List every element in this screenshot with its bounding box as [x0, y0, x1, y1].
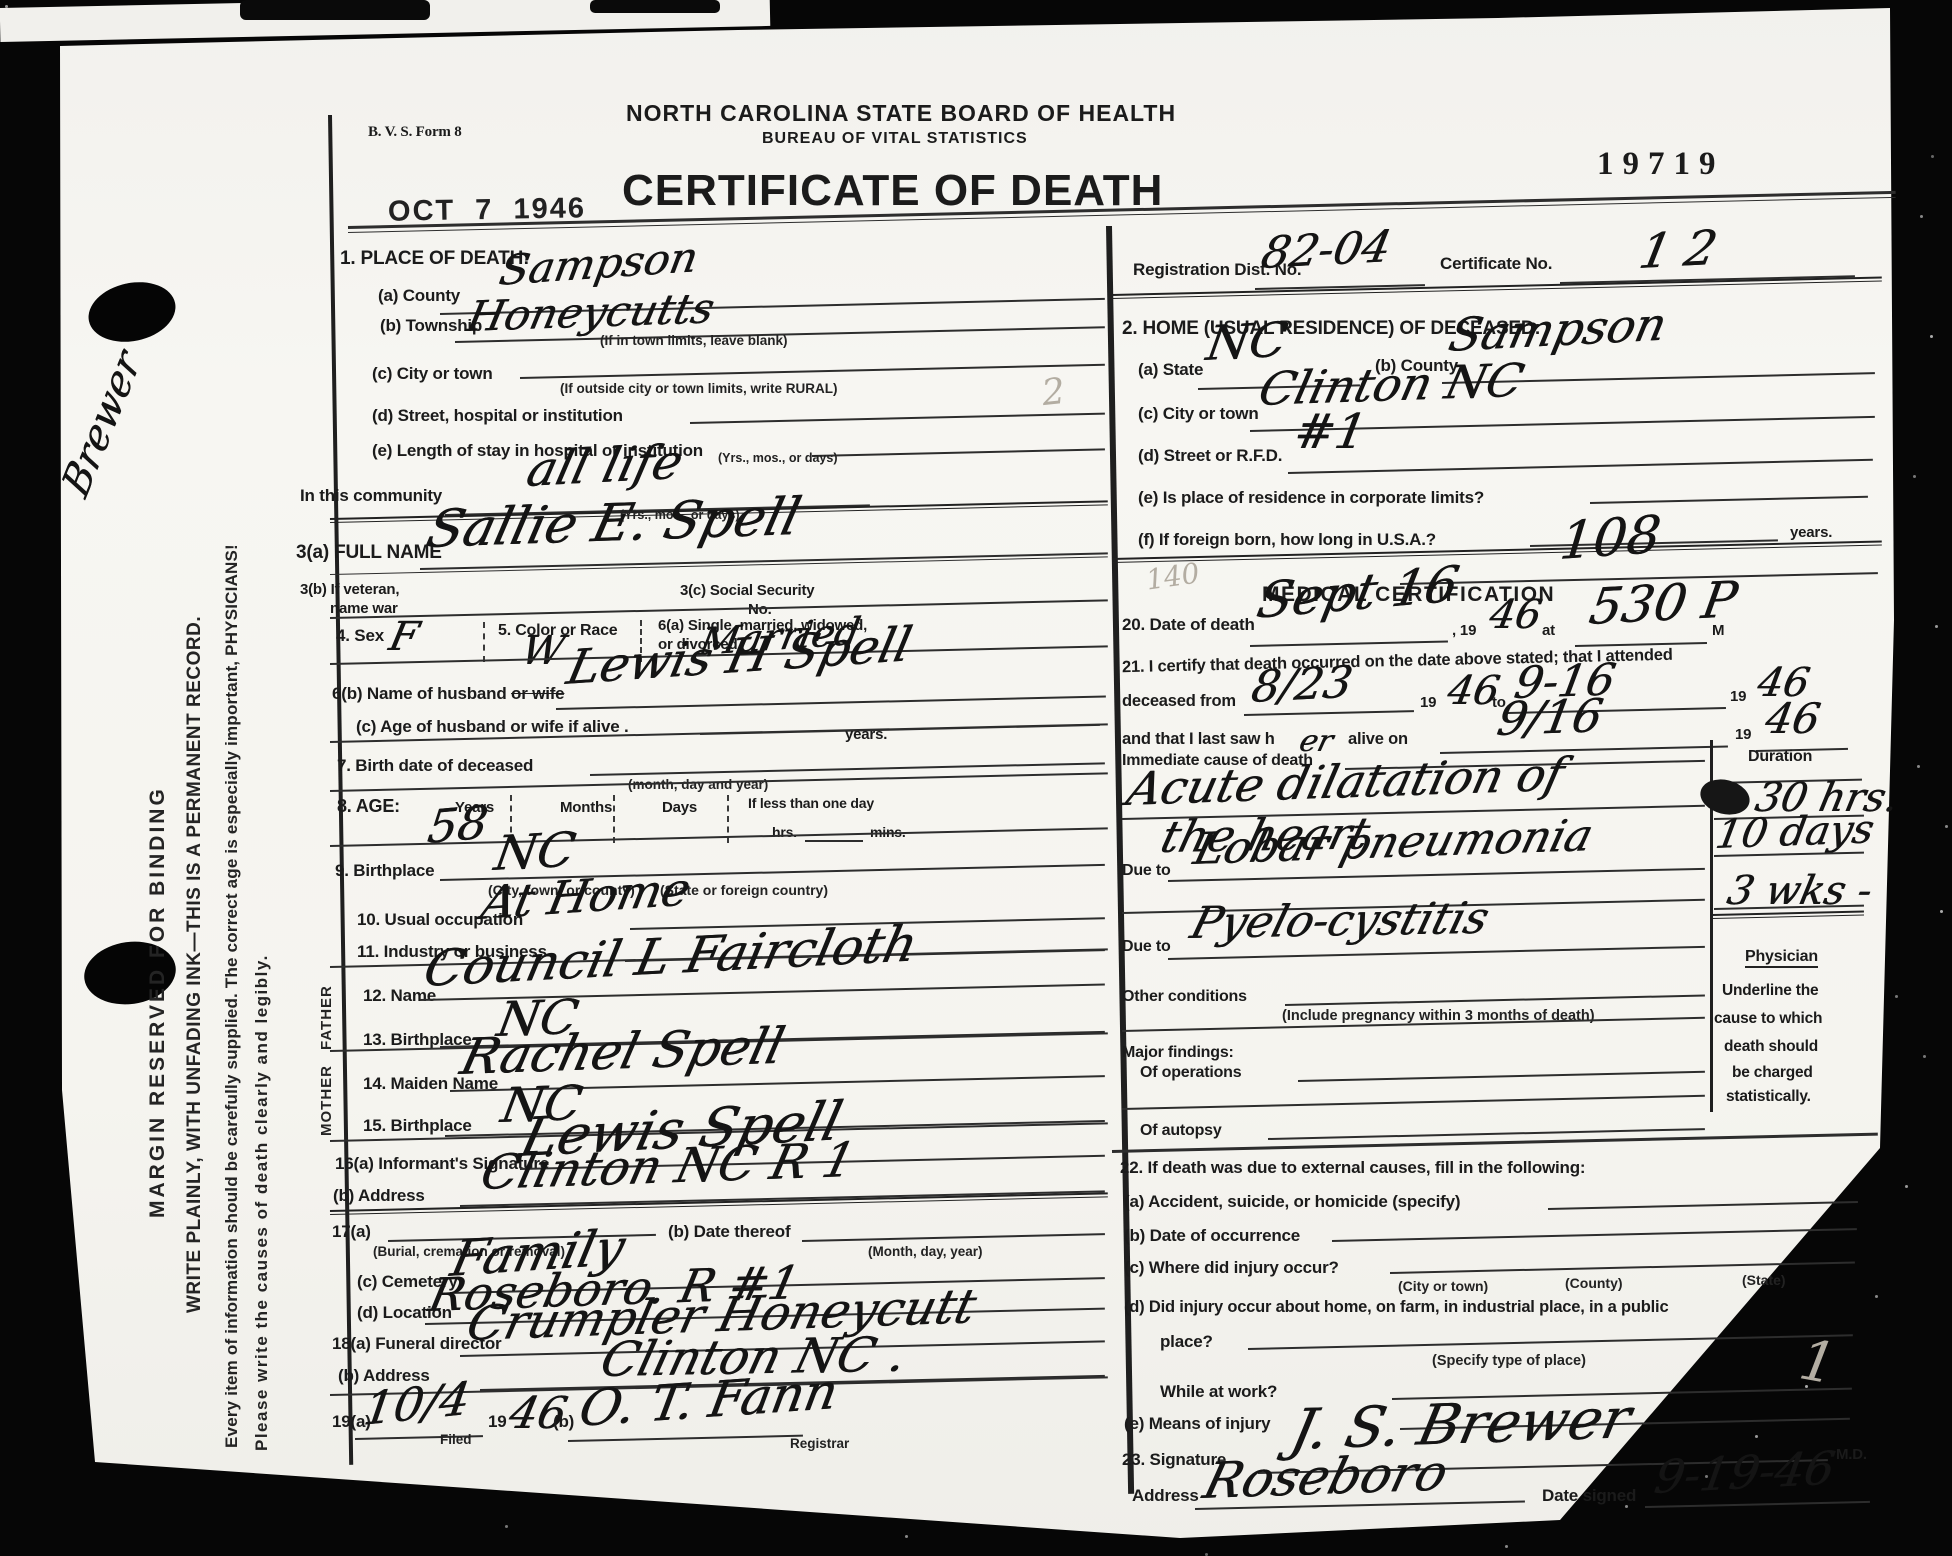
date-signed-label: Date signed: [1542, 1486, 1636, 1506]
registration-district-handwritten: 82-04: [1257, 221, 1395, 279]
bureau-subtitle: BUREAU OF VITAL STATISTICS: [762, 130, 1028, 148]
date-signed-handwritten: 9-19-46: [1651, 1441, 1839, 1504]
burial-label: 17(a): [332, 1222, 371, 1242]
corporate-limits-label: (e) Is place of residence in corporate l…: [1138, 488, 1484, 508]
md-suffix: M.D.: [1836, 1446, 1867, 1463]
last-saw-pre: and that I last saw h: [1122, 730, 1275, 749]
margin-physicians-note: Every item of information should be care…: [222, 148, 242, 1448]
filed-caption: Filed: [440, 1432, 472, 1447]
home-state-label: (a) State: [1138, 360, 1203, 380]
injury-place-label2: place?: [1160, 1332, 1213, 1352]
physician-heading: Physician: [1745, 948, 1818, 968]
birthdate-label: 7. Birth date of deceased: [337, 756, 533, 776]
age-heading: 8. AGE:: [337, 796, 400, 817]
injury-county-note: (County): [1565, 1275, 1623, 1291]
mother-birthplace-label: 15. Birthplace: [363, 1116, 472, 1136]
dod-year-print: , 19: [1452, 622, 1476, 639]
filed-b-label: (b): [553, 1412, 574, 1432]
street-label: (d) Street, hospital or institution: [372, 406, 623, 426]
foreign-born-suffix: years.: [1790, 524, 1832, 541]
mother-side-label: MOTHER: [318, 1052, 335, 1136]
to-year-print: 19: [1730, 688, 1746, 705]
veteran-label2: name war: [330, 600, 398, 617]
due-1-duration-handwritten: 10 days: [1712, 807, 1877, 858]
cell-divider: [613, 795, 615, 843]
home-street-label: (d) Street or R.F.D.: [1138, 446, 1282, 466]
physician-note-1: Underline the: [1722, 982, 1818, 1000]
injury-where-label: (c) Where did injury occur?: [1124, 1258, 1339, 1278]
due-to-2-handwritten: Pyelo-cystitis: [1185, 893, 1494, 949]
external-causes-heading: 22. If death was due to external causes,…: [1120, 1158, 1585, 1178]
cell-divider: [483, 622, 485, 662]
community-label: In this community: [300, 486, 442, 506]
burial-date-label: (b) Date thereof: [668, 1222, 790, 1242]
physician-note-3: death should: [1724, 1038, 1818, 1056]
dod-year-handwritten: 46: [1486, 592, 1545, 638]
age-months-label: Months: [560, 799, 612, 816]
physician-address-handwritten: Roseboro: [1198, 1444, 1454, 1510]
community-value-handwritten: all life: [521, 434, 688, 498]
injury-city-note: (City or town): [1398, 1278, 1488, 1294]
due-to-2-label: Due to: [1122, 938, 1171, 956]
informant-address-label: (b) Address: [333, 1186, 425, 1206]
other-conditions-label: Other conditions: [1122, 988, 1247, 1006]
injury-state-note: (State): [1742, 1272, 1786, 1288]
father-side-label: FATHER: [318, 966, 335, 1050]
serial-number: 19719: [1597, 146, 1725, 183]
certificate-number-label: Certificate No.: [1440, 254, 1552, 274]
date-of-death-label: 20. Date of death: [1122, 615, 1255, 635]
husband-label-text: 6(b) Name of husband: [332, 684, 511, 703]
last-saw-post: alive on: [1348, 730, 1408, 749]
physician-note-2: cause to which: [1714, 1010, 1822, 1028]
margin-ink-note: WRITE PLAINLY, WITH UNFADING INK—THIS IS…: [184, 418, 206, 1313]
scan-artifact: [590, 0, 720, 13]
mother-name-value-handwritten: Rachel Spell: [455, 1017, 789, 1086]
ssn-label: 3(c) Social Security: [680, 582, 814, 599]
home-street-handwritten: #1: [1290, 404, 1371, 460]
faint-pencil-2: 2: [1040, 371, 1067, 414]
scanned-death-certificate: MARGIN RESERVED FOR BINDING WRITE PLAINL…: [0, 0, 1952, 1556]
sex-label: 4. Sex: [336, 626, 384, 646]
certificate-number-handwritten: 12: [1634, 219, 1735, 280]
specify-place-note: (Specify type of place): [1432, 1353, 1586, 1369]
due-to-1-label: Due to: [1122, 862, 1171, 880]
spouse-age-label: (c) Age of husband or wife if alive .: [356, 717, 629, 737]
of-autopsy-label: Of autopsy: [1140, 1122, 1222, 1140]
registrar-caption: Registrar: [790, 1436, 849, 1451]
of-operations-label: Of operations: [1140, 1064, 1241, 1082]
birthplace-label: 9. Birthplace: [335, 861, 434, 881]
stay-note: (Yrs., mos., or days): [718, 451, 837, 465]
full-name-label: 3(a) FULL NAME: [296, 542, 442, 564]
dod-m-label: M: [1712, 622, 1724, 639]
husband-label: 6(b) Name of husband or wife: [332, 684, 564, 704]
accident-label: (a) Accident, suicide, or homicide (spec…: [1124, 1192, 1460, 1212]
injury-place-label: (d) Did injury occur about home, on farm…: [1124, 1298, 1668, 1317]
duration-heading: Duration: [1748, 748, 1812, 766]
age-years-value-handwritten: 58: [425, 795, 491, 854]
filed-year-print: 19: [488, 1412, 507, 1432]
major-findings-label: Major findings:: [1122, 1044, 1234, 1062]
home-city-label: (c) City or town: [1138, 404, 1259, 424]
home-city-handwritten: Clinton NC: [1254, 353, 1529, 416]
township-note: (If in town limits, leave blank): [600, 333, 788, 348]
means-of-injury-label: (e) Means of injury: [1124, 1414, 1270, 1434]
age-lessday-label: If less than one day: [748, 795, 874, 811]
foreign-born-label: (f) If foreign born, how long in U.S.A.?: [1138, 530, 1436, 550]
attended-from-handwritten: 8/23: [1248, 657, 1356, 713]
occurrence-date-label: (b) Date of occurrence: [1124, 1226, 1300, 1246]
while-at-work-label: While at work?: [1160, 1382, 1277, 1402]
dod-at-label: at: [1542, 622, 1555, 639]
lastsaw-year-print: 19: [1735, 726, 1751, 743]
age-days-label: Days: [662, 799, 697, 816]
burial-date-note: (Month, day, year): [868, 1244, 983, 1259]
form-number: B. V. S. Form 8: [368, 124, 462, 141]
scan-artifact: [240, 0, 430, 20]
veteran-label: 3(b) If veteran,: [300, 581, 399, 598]
page-number-handwritten: 108: [1557, 505, 1664, 572]
rule: [805, 840, 863, 842]
from-year-print: 19: [1420, 694, 1436, 711]
city-note: (If outside city or town limits, write R…: [560, 381, 838, 396]
physician-address-label: Address: [1132, 1486, 1199, 1506]
scan-noise: [5, 5, 8, 8]
margin-binding-note: MARGIN RESERVED FOR BINDING: [146, 688, 170, 1218]
husband-label-struck: or wife: [511, 684, 564, 703]
city-label: (c) City or town: [372, 364, 493, 384]
age-hrs-label: hrs.: [772, 824, 797, 840]
board-title: NORTH CAROLINA STATE BOARD OF HEALTH: [626, 100, 1176, 127]
physician-note-5: statistically.: [1726, 1088, 1811, 1106]
physician-note-4: be charged: [1732, 1064, 1813, 1082]
county-label: (a) County: [378, 286, 460, 306]
attended-from-label: deceased from: [1122, 692, 1236, 711]
margin-legibly-note: Please write the causes of death clearly…: [252, 676, 272, 1451]
last-saw-date-handwritten: 9/16: [1493, 688, 1607, 746]
lastsaw-year-handwritten: 46: [1762, 694, 1824, 743]
